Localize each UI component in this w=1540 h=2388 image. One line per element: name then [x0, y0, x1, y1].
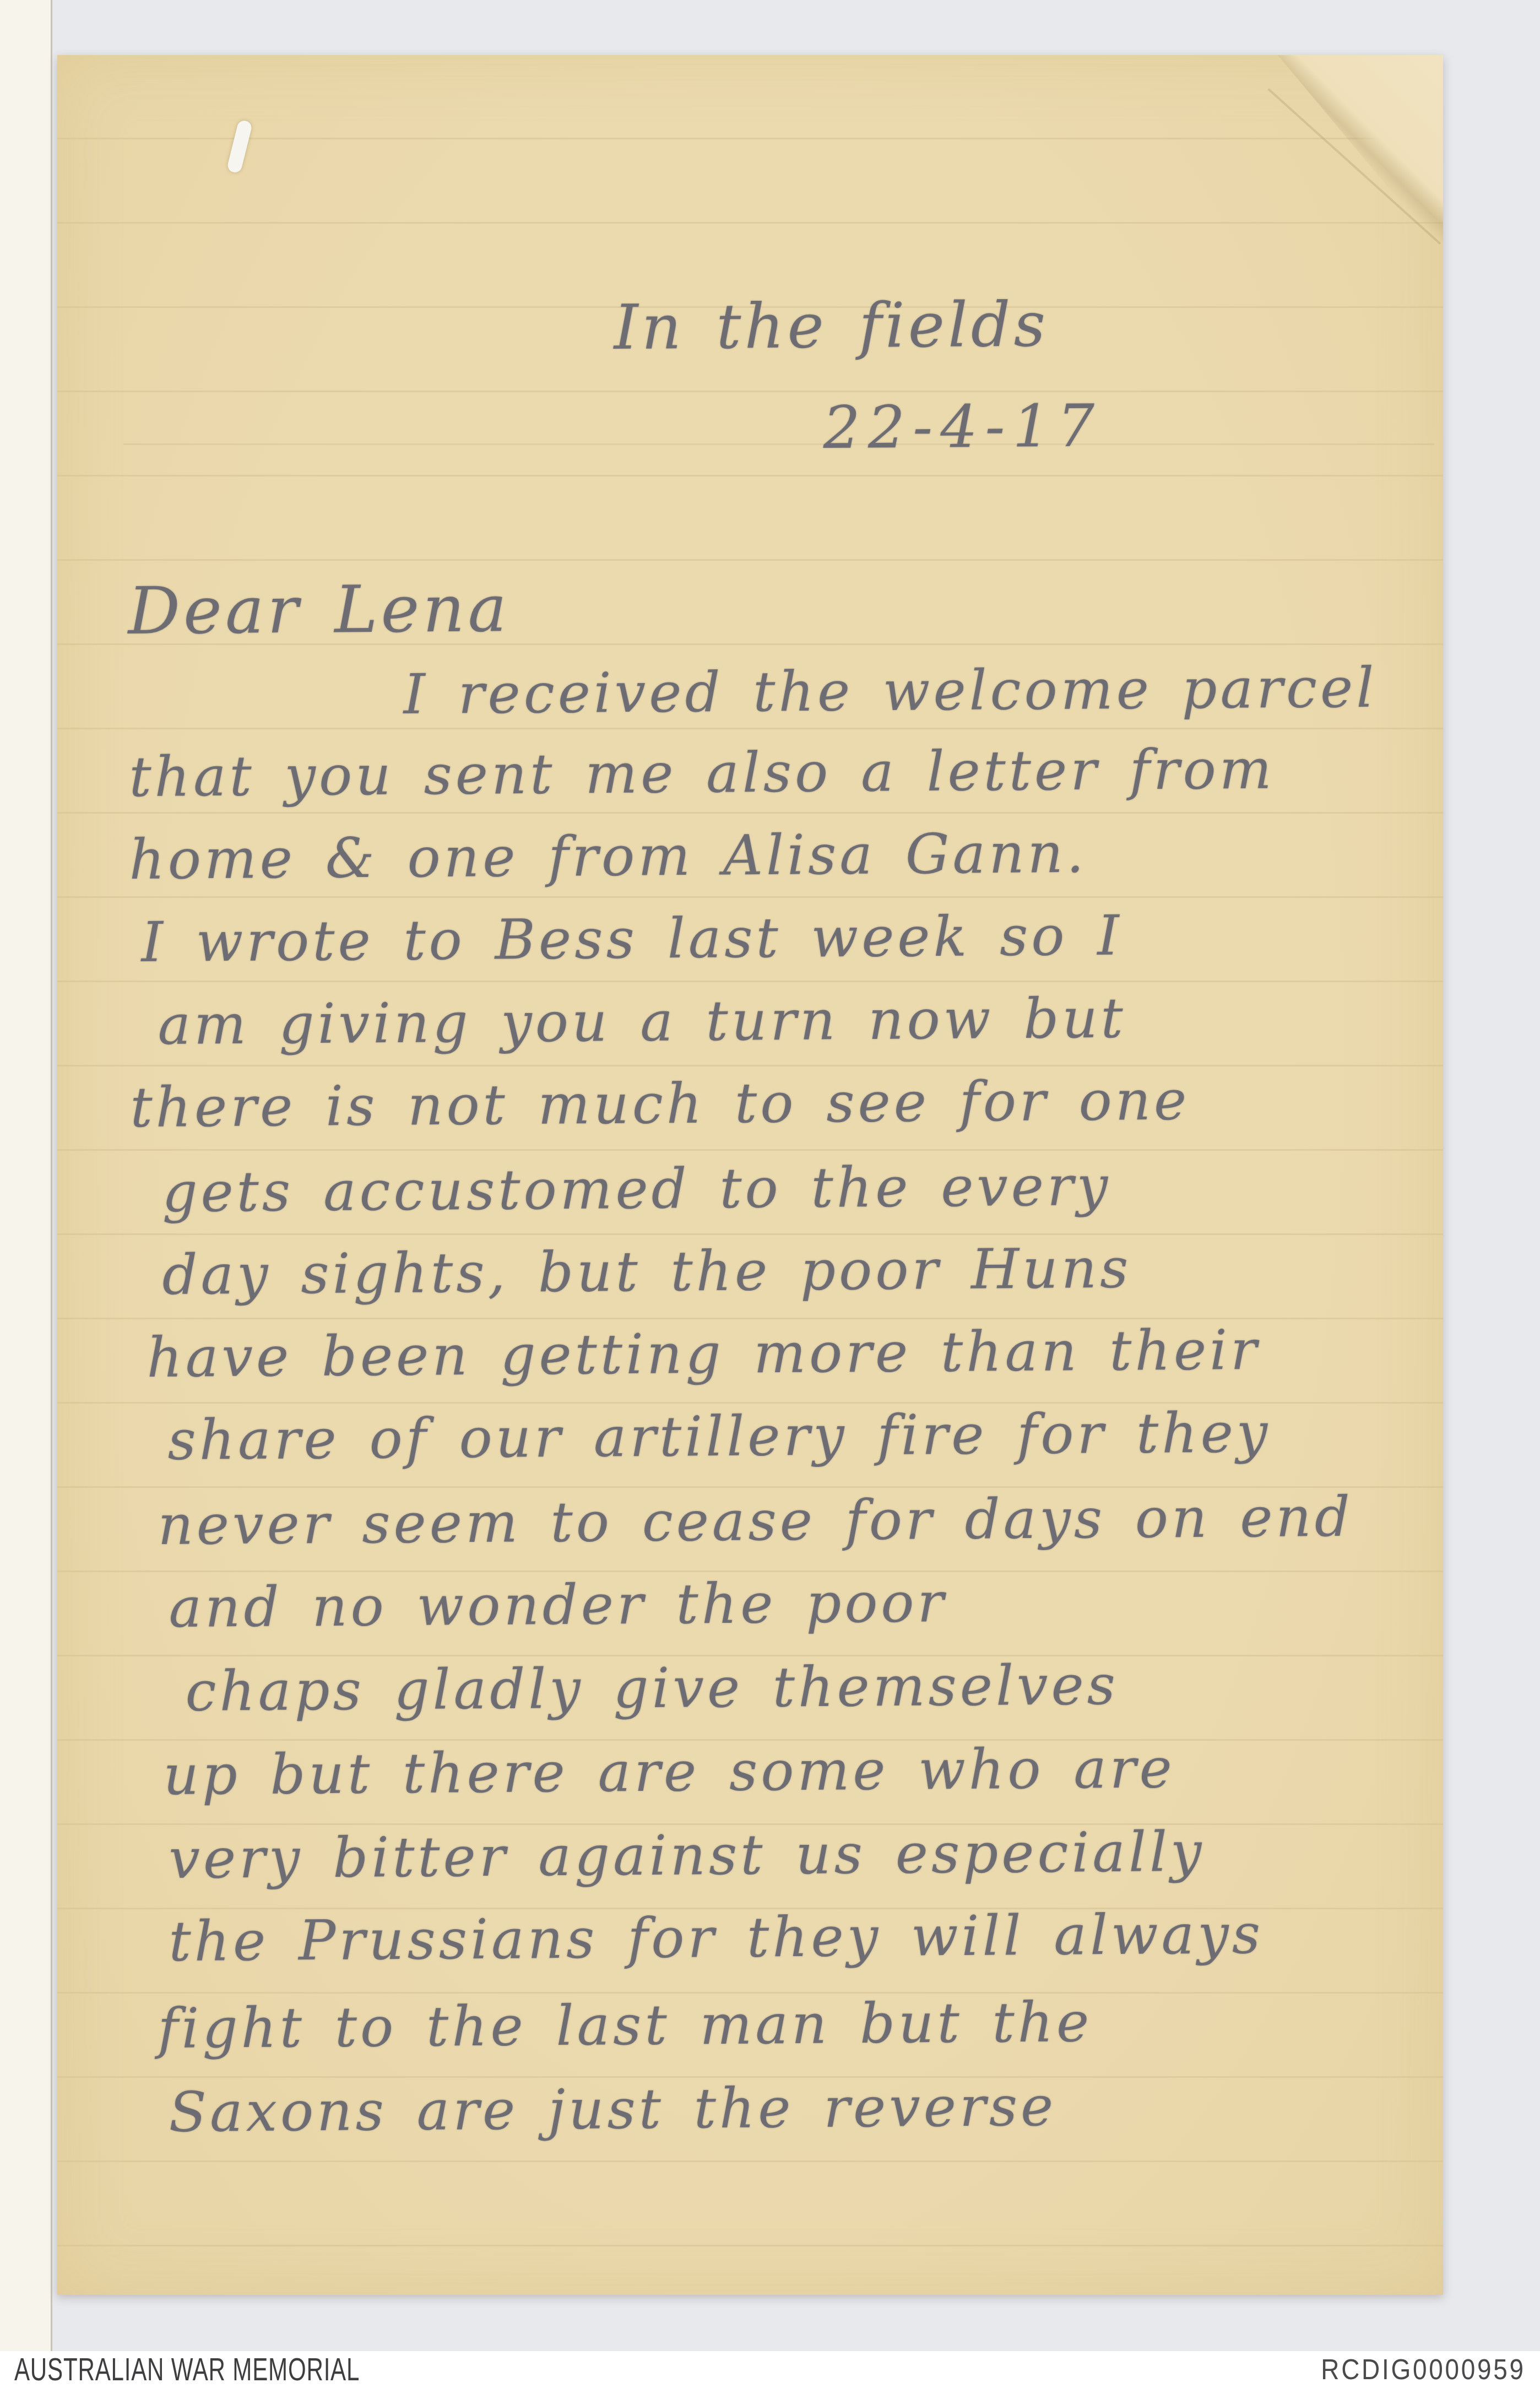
letter-salutation: Dear Lena	[128, 570, 510, 649]
paper-blemish	[226, 119, 253, 174]
archive-footer: AUSTRALIAN WAR MEMORIAL RCDIG0000959	[0, 2351, 1540, 2388]
handwriting-line: have been getting more than their	[147, 1318, 1260, 1390]
archive-name-label: AUSTRALIAN WAR MEMORIAL	[14, 2352, 360, 2388]
handwriting-line: fight to the last man but the	[158, 1990, 1093, 2061]
handwriting-line: am giving you a turn now but	[158, 986, 1126, 1057]
letter-page: In the fields 22-4-17 Dear Lena I receiv…	[57, 55, 1443, 2295]
handwriting-line: the Prussians for they will always	[169, 1902, 1264, 1974]
handwriting-line: and no wonder the poor	[169, 1570, 947, 1640]
scanned-letter-view: In the fields 22-4-17 Dear Lena I receiv…	[0, 0, 1540, 2388]
handwriting-line: Saxons are just the reverse	[169, 2074, 1057, 2145]
paper-crease	[123, 443, 1434, 445]
handwriting-line: that you sent me also a letter from	[129, 737, 1275, 809]
handwriting-line: there is not much to see for one	[130, 1068, 1190, 1140]
handwriting-line: I wrote to Bess last week so I	[141, 903, 1123, 974]
letter-date-line: 22-4-17	[823, 392, 1103, 462]
handwriting-line: gets accustomed to the every	[162, 1154, 1111, 1225]
scanner-edge-strip	[0, 0, 52, 2351]
handwriting-line: chaps gladly give themselves	[185, 1653, 1119, 1724]
handwriting-line: home & one from Alisa Gann.	[129, 821, 1087, 892]
handwriting-line: day sights, but the poor Huns	[162, 1236, 1132, 1307]
reference-id-label: RCDIG0000959	[1321, 2353, 1526, 2386]
handwriting-line: up but there are some who are	[163, 1736, 1175, 1807]
handwriting-line: never seem to cease for days on end	[158, 1485, 1353, 1557]
letter-place-line: In the fields	[614, 289, 1049, 364]
handwriting-line: very bitter against us especially	[169, 1820, 1205, 1891]
handwriting-line: I received the welcome parcel	[403, 656, 1378, 727]
handwriting-line: share of our artillery fire for they	[167, 1400, 1271, 1472]
